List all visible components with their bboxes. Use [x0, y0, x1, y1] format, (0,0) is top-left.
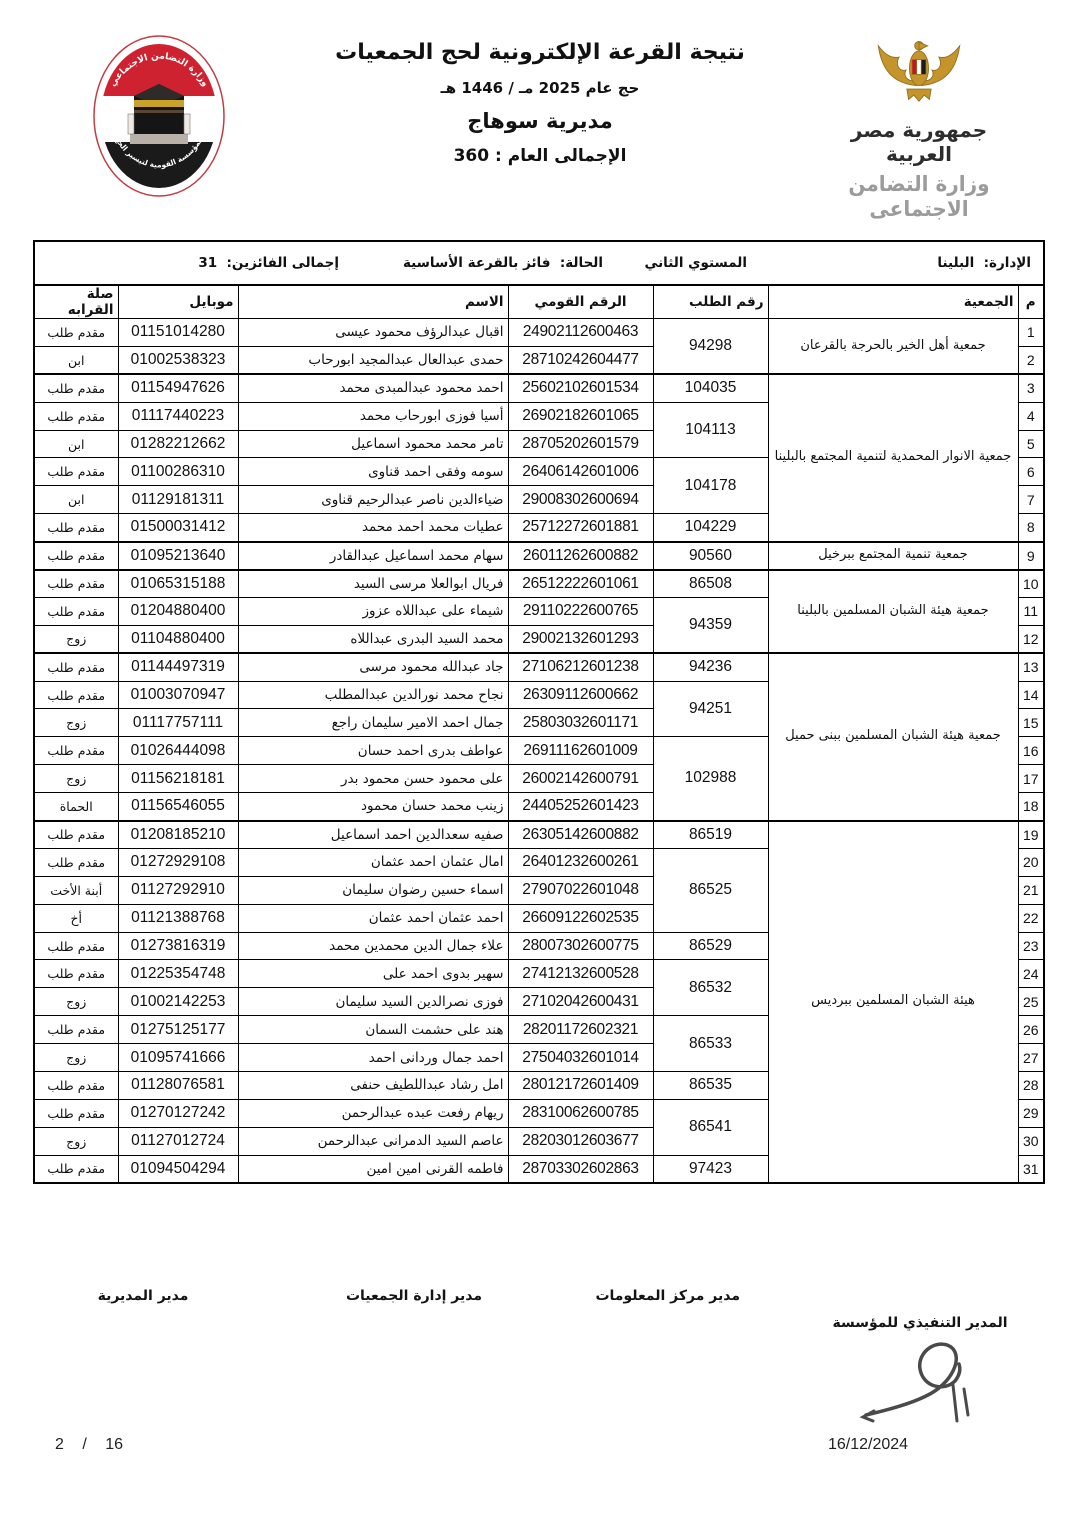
cell-national-id: 29008302600694: [508, 486, 653, 514]
cell-relation: زوج: [34, 625, 118, 653]
cell-name: فريال ابوالعلا مرسى السيد: [238, 570, 508, 598]
column-header-mobile: موبايل: [118, 285, 238, 319]
table-row: 1جمعية أهل الخير بالحرجة بالقرعان9429824…: [34, 319, 1044, 347]
cell-relation: أخ: [34, 904, 118, 932]
cell-mobile: 01270127242: [118, 1099, 238, 1127]
cell-mobile: 01156546055: [118, 793, 238, 821]
cell-mobile: 01104880400: [118, 625, 238, 653]
signature-info-center-manager: مدير مركز المعلومات: [600, 1288, 740, 1304]
governorate-line: مديرية سوهاج: [0, 109, 1080, 133]
page-indicator: 2 / 16: [55, 1436, 137, 1454]
cell-name: علاء جمال الدين محمدين محمد: [238, 932, 508, 960]
table-row: 10جمعية هيئة الشبان المسلمين بالبلينا865…: [34, 570, 1044, 598]
cell-request-number: 102988: [653, 737, 768, 821]
cell-serial: 18: [1018, 793, 1044, 821]
cell-name: جاد عبدالله محمود مرسى: [238, 653, 508, 681]
cell-name: فاطمه القرنى امين امين: [238, 1155, 508, 1183]
cell-national-id: 27106212601238: [508, 653, 653, 681]
cell-relation: مقدم طلب: [34, 570, 118, 598]
cell-association: جمعية الانوار المحمدية لتنمية المجتمع با…: [768, 374, 1018, 541]
cell-name: سهير بدوى احمد على: [238, 960, 508, 988]
column-header-row: مالجمعيةرقم الطلبالرقم القوميالاسمموبايل…: [34, 285, 1044, 319]
document-header: نتيجة القرعة الإلكترونية لحج الجمعيات حج…: [0, 40, 1080, 166]
cell-mobile: 01282212662: [118, 430, 238, 458]
cell-serial: 3: [1018, 374, 1044, 402]
cell-association: جمعية هيئة الشبان المسلمين ببنى حميل: [768, 653, 1018, 820]
cell-serial: 6: [1018, 458, 1044, 486]
cell-name: امل رشاد عبداللطيف حنفى: [238, 1072, 508, 1100]
cell-mobile: 01127292910: [118, 876, 238, 904]
cell-national-id: 26406142601006: [508, 458, 653, 486]
cell-mobile: 01151014280: [118, 319, 238, 347]
cell-name: سومه وفقى احمد قناوى: [238, 458, 508, 486]
cell-serial: 9: [1018, 542, 1044, 570]
cell-national-id: 26609122602535: [508, 904, 653, 932]
cell-request-number: 86525: [653, 848, 768, 932]
cell-national-id: 29110222600765: [508, 597, 653, 625]
cell-mobile: 01095213640: [118, 542, 238, 570]
cell-serial: 17: [1018, 765, 1044, 793]
cell-request-number: 86519: [653, 821, 768, 849]
cell-national-id: 26401232600261: [508, 848, 653, 876]
cell-name: على محمود حسن محمود بدر: [238, 765, 508, 793]
cell-association: جمعية أهل الخير بالحرجة بالقرعان: [768, 319, 1018, 375]
cell-relation: ابن: [34, 430, 118, 458]
cell-mobile: 01208185210: [118, 821, 238, 849]
cell-serial: 26: [1018, 1016, 1044, 1044]
cell-national-id: 28012172601409: [508, 1072, 653, 1100]
status-field: الحالة: فائز بالقرعة الأساسية: [403, 255, 603, 271]
cell-relation: مقدم طلب: [34, 374, 118, 402]
cell-name: سهام محمد اسماعيل عبدالقادر: [238, 542, 508, 570]
cell-serial: 22: [1018, 904, 1044, 932]
cell-request-number: 94236: [653, 653, 768, 681]
cell-name: احمد جمال وردانى احمد: [238, 1044, 508, 1072]
cell-request-number: 86532: [653, 960, 768, 1016]
signature-executive-director: المدير التنفيذي للمؤسسة: [830, 1315, 1010, 1331]
cell-serial: 19: [1018, 821, 1044, 849]
cell-relation: مقدم طلب: [34, 542, 118, 570]
cell-relation: مقدم طلب: [34, 960, 118, 988]
cell-request-number: 94298: [653, 319, 768, 375]
cell-national-id: 26911162601009: [508, 737, 653, 765]
page-separator: /: [82, 1436, 86, 1453]
cell-serial: 5: [1018, 430, 1044, 458]
cell-name: عاصم السيد الدمرانى عبدالرحمن: [238, 1127, 508, 1155]
cell-mobile: 01002538323: [118, 346, 238, 374]
column-header-name: الاسم: [238, 285, 508, 319]
column-header-assoc: الجمعية: [768, 285, 1018, 319]
cell-relation: مقدم طلب: [34, 821, 118, 849]
cell-relation: زوج: [34, 709, 118, 737]
cell-request-number: 104035: [653, 374, 768, 402]
cell-serial: 29: [1018, 1099, 1044, 1127]
grand-total-line: الإجمالى العام : 360: [0, 146, 1080, 166]
cell-relation: مقدم طلب: [34, 653, 118, 681]
cell-serial: 10: [1018, 570, 1044, 598]
column-header-relation: صلة القرابه: [34, 285, 118, 319]
cell-relation: مقدم طلب: [34, 1155, 118, 1183]
cell-national-id: 24405252601423: [508, 793, 653, 821]
cell-serial: 2: [1018, 346, 1044, 374]
cell-serial: 15: [1018, 709, 1044, 737]
cell-national-id: 28310062600785: [508, 1099, 653, 1127]
cell-mobile: 01094504294: [118, 1155, 238, 1183]
cell-name: جمال احمد الامير سليمان راجع: [238, 709, 508, 737]
column-header-request: رقم الطلب: [653, 285, 768, 319]
cell-relation: مقدم طلب: [34, 737, 118, 765]
cell-mobile: 01144497319: [118, 653, 238, 681]
cell-national-id: 28201172602321: [508, 1016, 653, 1044]
cell-relation: زوج: [34, 1044, 118, 1072]
cell-request-number: 104178: [653, 458, 768, 514]
cell-request-number: 97423: [653, 1155, 768, 1183]
cell-serial: 8: [1018, 514, 1044, 542]
cell-name: ريهام رفعت عبده عبدالرحمن: [238, 1099, 508, 1127]
cell-association: جمعية تنمية المجتمع ببرخيل: [768, 542, 1018, 570]
issue-date: 16/12/2024: [828, 1436, 908, 1454]
signature-directorate-manager: مدير المديرية: [78, 1288, 208, 1304]
cell-name: فوزى نصرالدين السيد سليمان: [238, 988, 508, 1016]
cell-serial: 23: [1018, 932, 1044, 960]
cell-relation: مقدم طلب: [34, 319, 118, 347]
handwritten-signature: [858, 1335, 1008, 1435]
cell-mobile: 01026444098: [118, 737, 238, 765]
info-band-row: الإدارة: البلينا المستوي الثاني الحالة: …: [34, 241, 1044, 285]
cell-serial: 24: [1018, 960, 1044, 988]
cell-national-id: 26309112600662: [508, 681, 653, 709]
cell-name: اسماء حسين رضوان سليمان: [238, 876, 508, 904]
cell-name: ضياءالدين ناصر عبدالرحيم قناوى: [238, 486, 508, 514]
cell-relation: ابن: [34, 346, 118, 374]
cell-relation: مقدم طلب: [34, 681, 118, 709]
hajj-year-line: حج عام 2025 مـ / 1446 هـ: [0, 79, 1080, 97]
cell-mobile: 01272929108: [118, 848, 238, 876]
cell-relation: مقدم طلب: [34, 514, 118, 542]
cell-name: حمدى عبدالعال عبدالمجيد ابورحاب: [238, 346, 508, 374]
cell-request-number: 104113: [653, 402, 768, 458]
cell-serial: 14: [1018, 681, 1044, 709]
cell-name: اقبال عبدالرؤف محمود عيسى: [238, 319, 508, 347]
cell-national-id: 26305142600882: [508, 821, 653, 849]
table-row: 3جمعية الانوار المحمدية لتنمية المجتمع ب…: [34, 374, 1044, 402]
cell-relation: الحماة: [34, 793, 118, 821]
winners-total-field: إجمالى الفائزين: 31: [198, 255, 339, 271]
cell-national-id: 26002142600791: [508, 765, 653, 793]
cell-serial: 4: [1018, 402, 1044, 430]
page-current: 2: [55, 1436, 64, 1453]
cell-national-id: 26512222601061: [508, 570, 653, 598]
cell-name: تامر محمد محمود اسماعيل: [238, 430, 508, 458]
cell-national-id: 26902182601065: [508, 402, 653, 430]
cell-name: أسيا فوزى ابورحاب محمد: [238, 402, 508, 430]
cell-serial: 25: [1018, 988, 1044, 1016]
cell-serial: 27: [1018, 1044, 1044, 1072]
cell-national-id: 27102042600431: [508, 988, 653, 1016]
cell-national-id: 28705202601579: [508, 430, 653, 458]
info-band: الإدارة: البلينا المستوي الثاني الحالة: …: [39, 242, 1039, 284]
cell-mobile: 01204880400: [118, 597, 238, 625]
cell-serial: 20: [1018, 848, 1044, 876]
table-row: 19هيئة الشبان المسلمين ببرديس86519263051…: [34, 821, 1044, 849]
cell-mobile: 01225354748: [118, 960, 238, 988]
administration-field: الإدارة: البلينا: [937, 255, 1031, 271]
cell-serial: 28: [1018, 1072, 1044, 1100]
cell-national-id: 25803032601171: [508, 709, 653, 737]
cell-name: امال عثمان احمد عثمان: [238, 848, 508, 876]
cell-name: احمد عثمان احمد عثمان: [238, 904, 508, 932]
cell-relation: مقدم طلب: [34, 597, 118, 625]
cell-serial: 16: [1018, 737, 1044, 765]
cell-serial: 31: [1018, 1155, 1044, 1183]
cell-mobile: 01154947626: [118, 374, 238, 402]
cell-serial: 7: [1018, 486, 1044, 514]
cell-relation: مقدم طلب: [34, 848, 118, 876]
cell-national-id: 27504032601014: [508, 1044, 653, 1072]
cell-request-number: 94359: [653, 597, 768, 653]
cell-mobile: 01129181311: [118, 486, 238, 514]
cell-name: عواطف بدرى احمد حسان: [238, 737, 508, 765]
cell-serial: 21: [1018, 876, 1044, 904]
cell-mobile: 01065315188: [118, 570, 238, 598]
cell-name: محمد السيد البدرى عبداللاه: [238, 625, 508, 653]
cell-national-id: 27412132600528: [508, 960, 653, 988]
cell-mobile: 01117757111: [118, 709, 238, 737]
document-page: وزارة التضامن الاجتماعي المؤسسة القومية …: [0, 0, 1080, 1527]
cell-mobile: 01121388768: [118, 904, 238, 932]
table-row: 9جمعية تنمية المجتمع ببرخيل9056026011262…: [34, 542, 1044, 570]
cell-name: عطيات محمد احمد محمد: [238, 514, 508, 542]
cell-name: صفيه سعدالدين احمد اسماعيل: [238, 821, 508, 849]
cell-serial: 12: [1018, 625, 1044, 653]
cell-national-id: 25602102601534: [508, 374, 653, 402]
cell-serial: 30: [1018, 1127, 1044, 1155]
cell-request-number: 90560: [653, 542, 768, 570]
cell-association: جمعية هيئة الشبان المسلمين بالبلينا: [768, 570, 1018, 654]
cell-mobile: 01156218181: [118, 765, 238, 793]
column-header-nid: الرقم القومي: [508, 285, 653, 319]
cell-relation: ابن: [34, 486, 118, 514]
cell-mobile: 01500031412: [118, 514, 238, 542]
cell-serial: 1: [1018, 319, 1044, 347]
cell-mobile: 01127012724: [118, 1127, 238, 1155]
cell-relation: زوج: [34, 988, 118, 1016]
cell-name: زينب محمد حسان محمود: [238, 793, 508, 821]
cell-national-id: 28710242604477: [508, 346, 653, 374]
cell-relation: زوج: [34, 1127, 118, 1155]
cell-mobile: 01275125177: [118, 1016, 238, 1044]
cell-mobile: 01100286310: [118, 458, 238, 486]
signature-associations-manager: مدير إدارة الجمعيات: [344, 1288, 484, 1304]
cell-request-number: 104229: [653, 514, 768, 542]
cell-serial: 13: [1018, 653, 1044, 681]
cell-national-id: 24902112600463: [508, 319, 653, 347]
level-field: المستوي الثاني: [644, 255, 747, 271]
cell-relation: مقدم طلب: [34, 932, 118, 960]
cell-national-id: 27907022601048: [508, 876, 653, 904]
cell-mobile: 01095741666: [118, 1044, 238, 1072]
cell-request-number: 86508: [653, 570, 768, 598]
cell-national-id: 29002132601293: [508, 625, 653, 653]
cell-name: نجاح محمد نورالدين عبدالمطلب: [238, 681, 508, 709]
cell-relation: أبنة الأخت: [34, 876, 118, 904]
cell-request-number: 86533: [653, 1016, 768, 1072]
cell-relation: زوج: [34, 765, 118, 793]
cell-relation: مقدم طلب: [34, 1072, 118, 1100]
cell-national-id: 25712272601881: [508, 514, 653, 542]
cell-mobile: 01117440223: [118, 402, 238, 430]
cell-national-id: 28007302600775: [508, 932, 653, 960]
page-title: نتيجة القرعة الإلكترونية لحج الجمعيات: [0, 40, 1080, 65]
results-table: الإدارة: البلينا المستوي الثاني الحالة: …: [33, 240, 1045, 1184]
cell-national-id: 28203012603677: [508, 1127, 653, 1155]
cell-mobile: 01128076581: [118, 1072, 238, 1100]
cell-request-number: 86529: [653, 932, 768, 960]
cell-request-number: 94251: [653, 681, 768, 737]
page-total: 16: [105, 1436, 123, 1453]
results-table-body: 1جمعية أهل الخير بالحرجة بالقرعان9429824…: [34, 319, 1044, 1184]
cell-serial: 11: [1018, 597, 1044, 625]
cell-mobile: 01003070947: [118, 681, 238, 709]
cell-mobile: 01002142253: [118, 988, 238, 1016]
table-row: 13جمعية هيئة الشبان المسلمين ببنى حميل94…: [34, 653, 1044, 681]
cell-mobile: 01273816319: [118, 932, 238, 960]
column-header-serial: م: [1018, 285, 1044, 319]
cell-relation: مقدم طلب: [34, 458, 118, 486]
cell-relation: مقدم طلب: [34, 402, 118, 430]
cell-national-id: 28703302602863: [508, 1155, 653, 1183]
ministry-name: وزارة التضامن الاجتماعى: [816, 171, 1022, 221]
cell-name: شيماء على عبداللاه عزوز: [238, 597, 508, 625]
cell-name: هند على حشمت السمان: [238, 1016, 508, 1044]
cell-association: هيئة الشبان المسلمين ببرديس: [768, 821, 1018, 1184]
cell-relation: مقدم طلب: [34, 1016, 118, 1044]
cell-name: احمد محمود عبدالمبدى محمد: [238, 374, 508, 402]
cell-national-id: 26011262600882: [508, 542, 653, 570]
cell-request-number: 86541: [653, 1099, 768, 1155]
cell-relation: مقدم طلب: [34, 1099, 118, 1127]
cell-request-number: 86535: [653, 1072, 768, 1100]
